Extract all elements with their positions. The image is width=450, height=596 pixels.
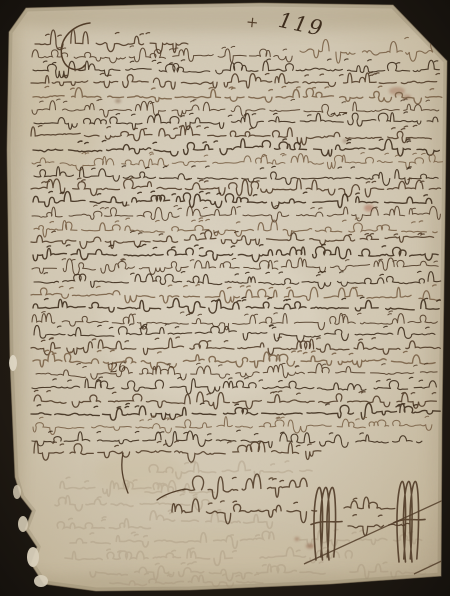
cross-mark: + [245, 13, 259, 32]
torn-paper-fleck [13, 485, 21, 499]
photo-stage: + 119 26 [0, 0, 450, 596]
stain [115, 99, 121, 103]
stain [295, 537, 300, 541]
torn-paper-fleck [18, 516, 28, 532]
torn-paper-fleck [34, 575, 48, 587]
torn-paper-fleck [27, 547, 39, 567]
stain [20, 60, 100, 180]
amount-numeral: 26 [109, 360, 128, 376]
torn-paper-fleck [9, 355, 17, 371]
manuscript-photo: + 119 26 [0, 0, 450, 596]
